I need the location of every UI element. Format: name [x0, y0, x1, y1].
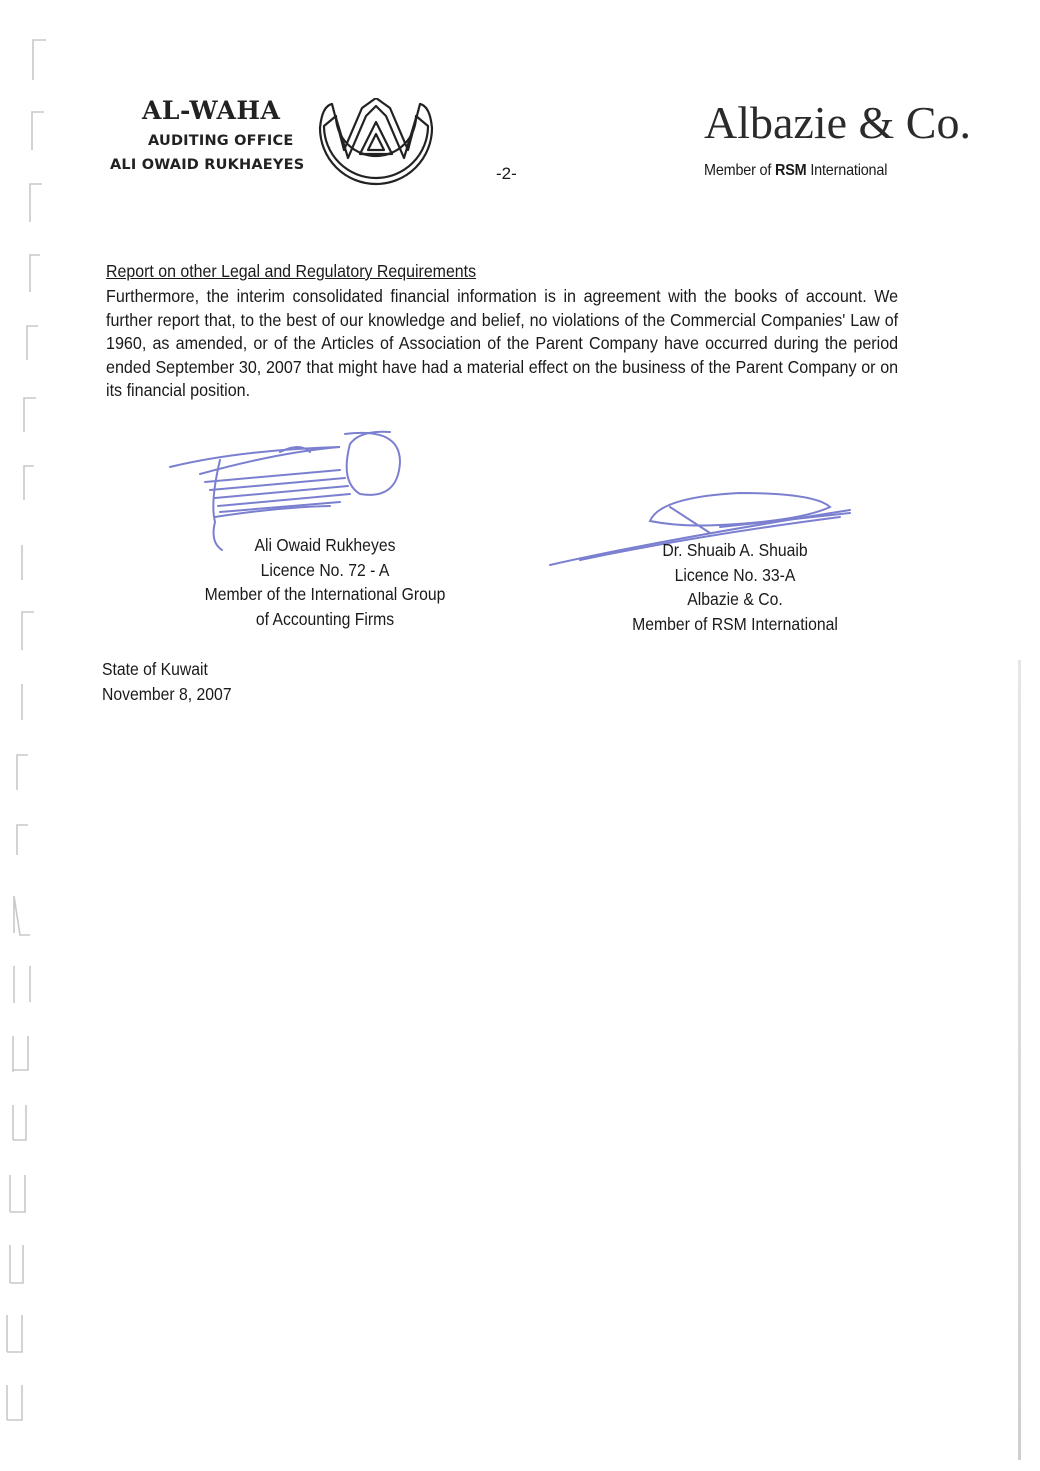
signatory-affiliation: Albazie & Co.: [587, 587, 884, 612]
alwaha-subtitle-office: AUDITING OFFICE: [148, 133, 293, 149]
signatory-name: Dr. Shuaib A. Shuaib: [587, 538, 884, 563]
signatory-name: Ali Owaid Rukheyes: [177, 533, 474, 558]
signatory-left: Ali Owaid Rukheyes Licence No. 72 - A Me…: [177, 533, 474, 631]
wa-monogram-logo-icon: [318, 98, 434, 190]
member-suffix: International: [807, 162, 888, 179]
signatory-licence: Licence No. 33-A: [587, 563, 884, 588]
albazie-member-line: Member of RSM International: [704, 162, 887, 180]
signatory-affiliation: of Accounting Firms: [177, 607, 474, 632]
date: November 8, 2007: [102, 682, 232, 707]
signatory-affiliation: Member of RSM International: [587, 612, 884, 637]
page-number: -2-: [496, 164, 517, 184]
place-date: State of Kuwait November 8, 2007: [102, 657, 232, 706]
albazie-title: Albazie & Co.: [704, 96, 971, 149]
report-paragraph: Furthermore, the interim consolidated fi…: [106, 285, 898, 403]
rsm-brand: RSM: [775, 162, 806, 179]
signatory-licence: Licence No. 72 - A: [177, 558, 474, 583]
place: State of Kuwait: [102, 657, 232, 682]
signatory-affiliation: Member of the International Group: [177, 582, 474, 607]
alwaha-subtitle-name: ALI OWAID RUKHAEYES: [110, 157, 304, 173]
section-heading: Report on other Legal and Regulatory Req…: [106, 261, 476, 282]
alwaha-title: AL-WAHA: [142, 96, 280, 125]
binder-marks: [0, 0, 60, 1471]
member-prefix: Member of: [704, 162, 775, 179]
signatory-right: Dr. Shuaib A. Shuaib Licence No. 33-A Al…: [587, 538, 884, 636]
page-edge-shadow: [1018, 660, 1021, 1460]
